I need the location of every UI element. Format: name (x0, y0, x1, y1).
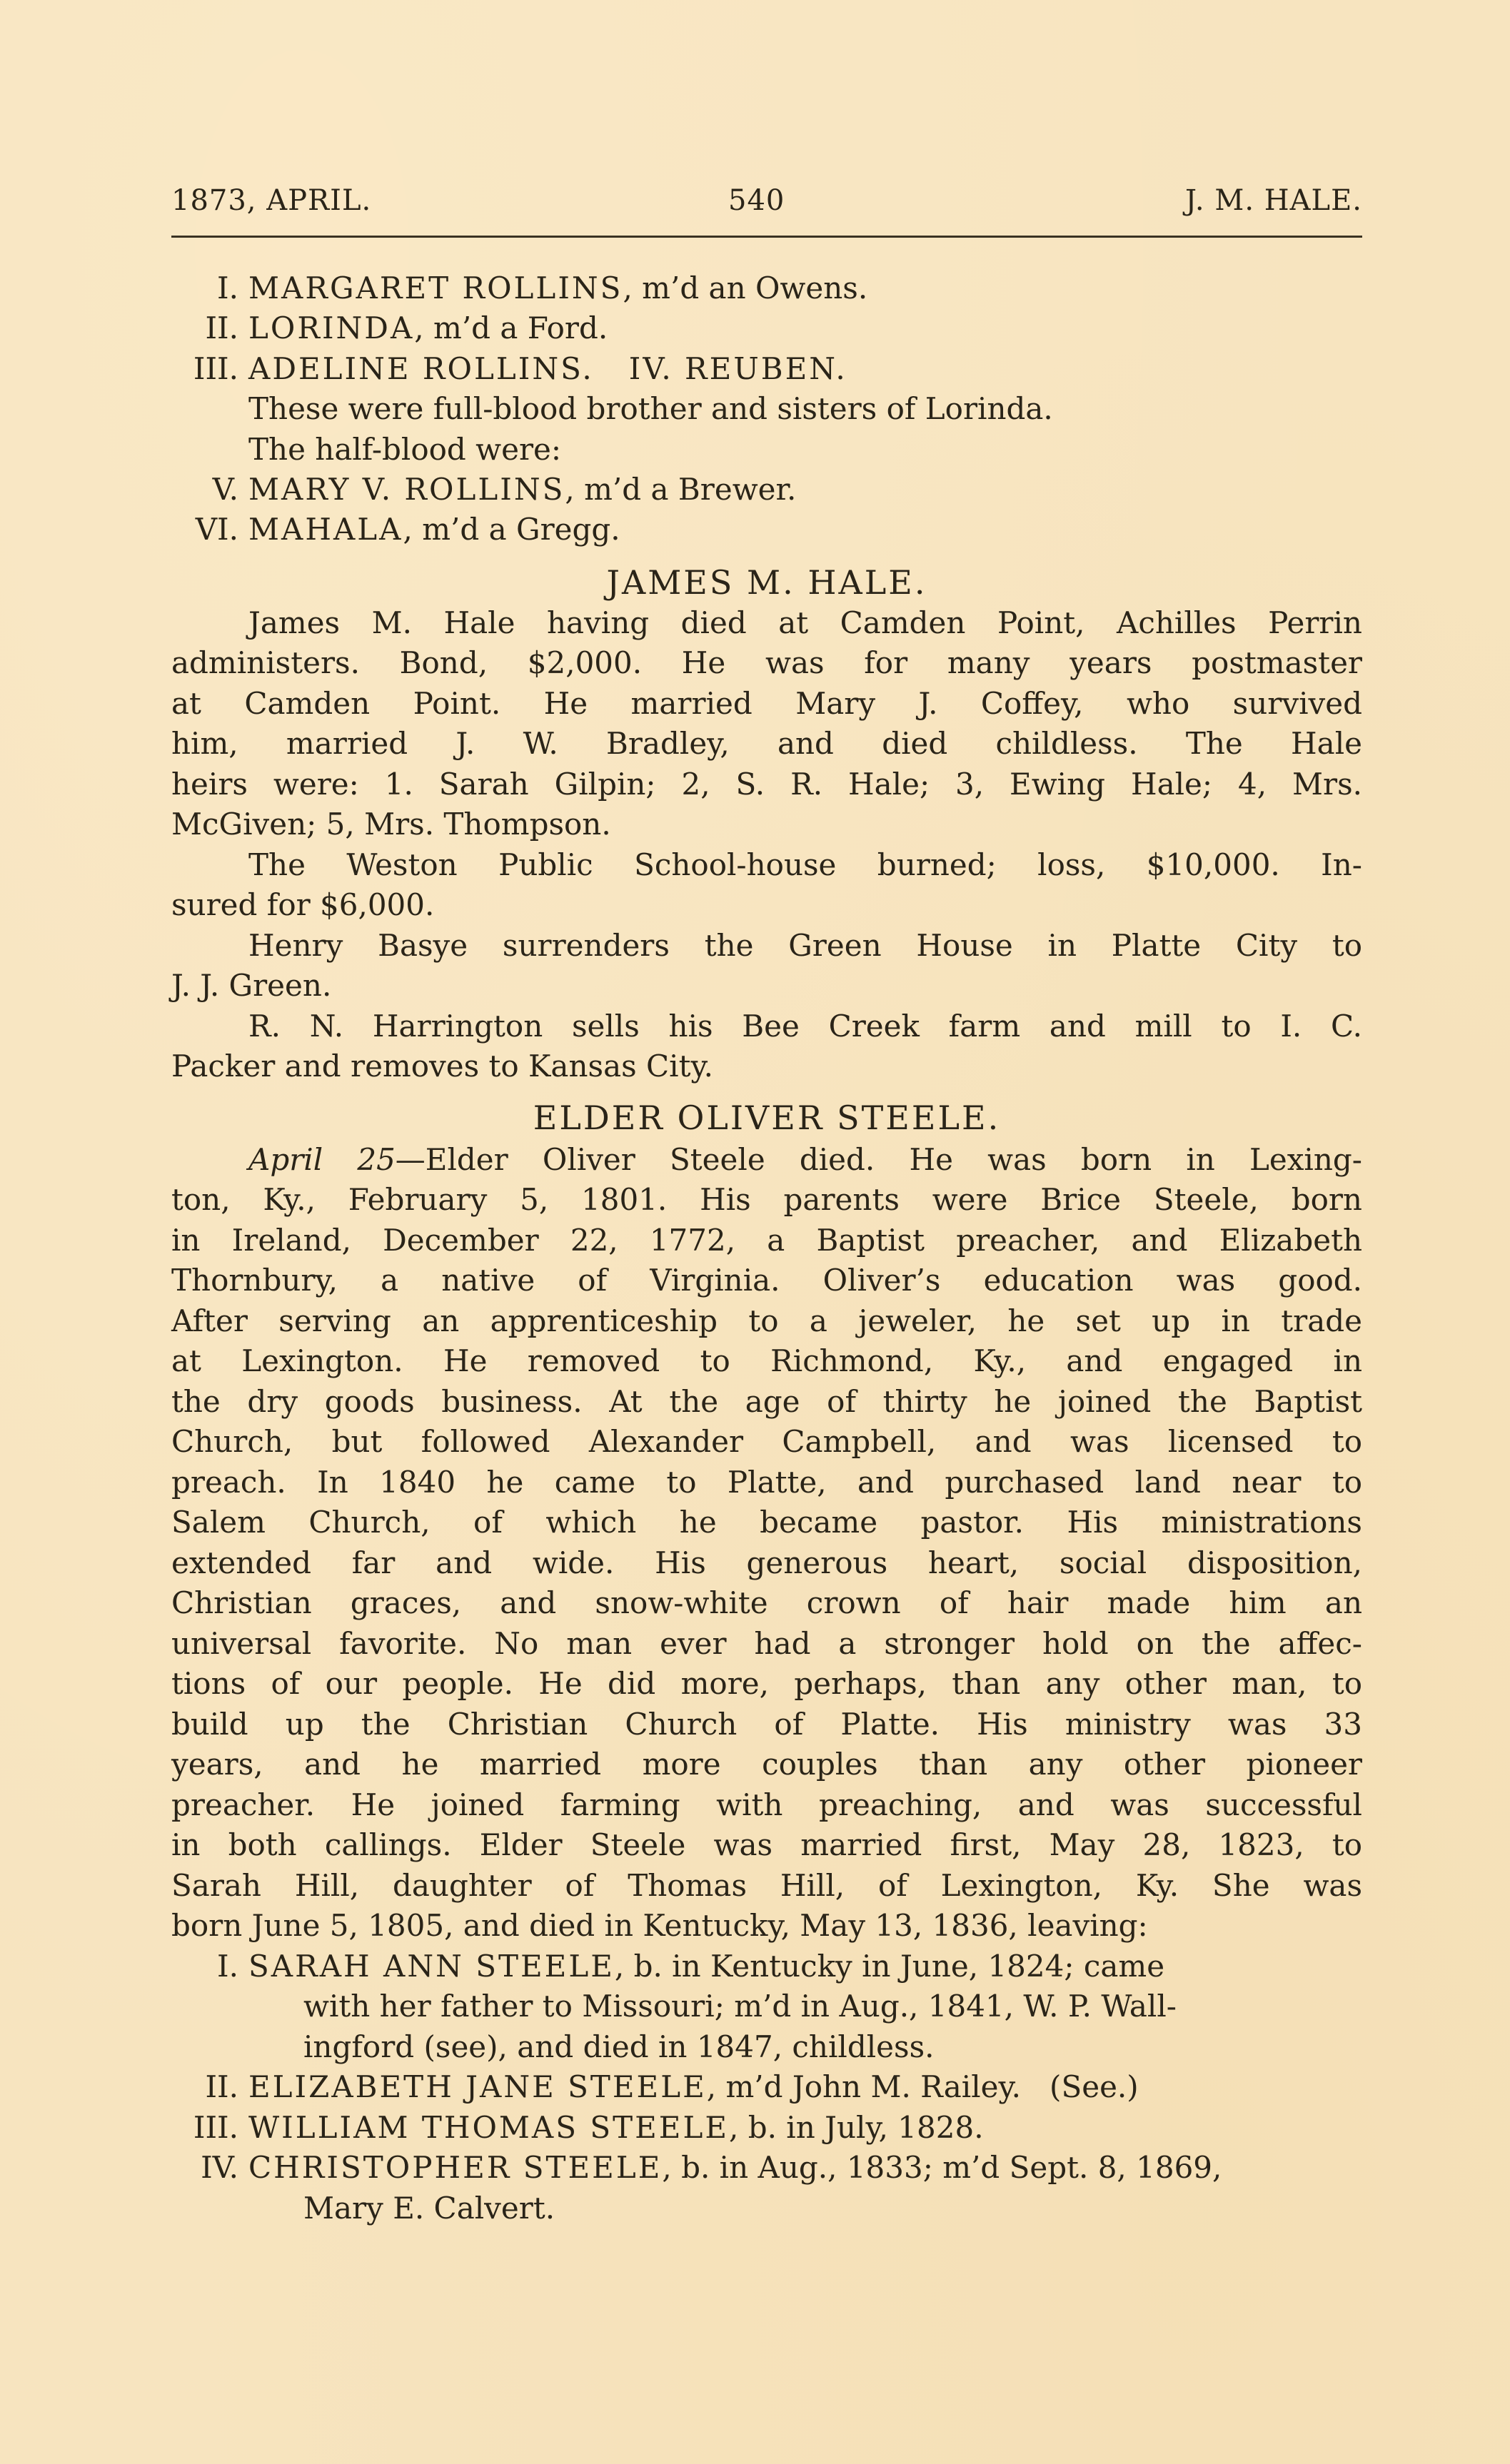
person-name: MAHALA (248, 512, 403, 547)
paragraph-line: The Weston Public School-house burned; l… (171, 845, 1362, 885)
paragraph-line: Christian graces, and snow-white crown o… (171, 1583, 1362, 1623)
paragraph-line: Church, but followed Alexander Campbell,… (171, 1422, 1362, 1462)
paragraph-line: Salem Church, of which he became pastor.… (171, 1503, 1362, 1542)
person-name: MARGARET ROLLINS (248, 271, 623, 306)
date-italic: April 25 (248, 1142, 396, 1177)
paragraph-line: preacher. He joined farming with preachi… (171, 1785, 1362, 1825)
paragraph-line: preach. In 1840 he came to Platte, and p… (171, 1463, 1362, 1503)
paragraph-line: After serving an apprenticeship to a jew… (171, 1301, 1362, 1341)
list-item: IV.CHRISTOPHER STEELE, b. in Aug., 1833;… (171, 2148, 1362, 2188)
paragraph-line: heirs were: 1. Sarah Gilpin; 2, S. R. Ha… (171, 764, 1362, 804)
paragraph-line: at Camden Point. He married Mary J. Coff… (171, 684, 1362, 724)
paragraph-line: at Lexington. He removed to Richmond, Ky… (171, 1341, 1362, 1381)
list-item: VI.MAHALA, m’d a Gregg. (171, 510, 1362, 550)
list-item: I.SARAH ANN STEELE, b. in Kentucky in Ju… (171, 1947, 1362, 1986)
paragraph-line: McGiven; 5, Mrs. Thompson. (171, 804, 1362, 844)
person-name: ADELINE ROLLINS. (248, 351, 594, 386)
paragraph-line: universal favorite. No man ever had a st… (171, 1624, 1362, 1664)
paragraph-line: tions of our people. He did more, perhap… (171, 1664, 1362, 1704)
paragraph-line: J. J. Green. (171, 966, 1362, 1006)
list-item: II.LORINDA, m’d a Ford. (171, 308, 1362, 348)
paragraph-line: administers. Bond, $2,000. He was for ma… (171, 643, 1362, 683)
list-item: I.MARGARET ROLLINS, m’d an Owens. (171, 268, 1362, 308)
list-item: III.WILLIAM THOMAS STEELE, b. in July, 1… (171, 2108, 1362, 2148)
person-name: ELIZABETH JANE STEELE (248, 2069, 707, 2104)
paragraph-line: build up the Christian Church of Platte.… (171, 1705, 1362, 1745)
list-item: II.ELIZABETH JANE STEELE, m’d John M. Ra… (171, 2067, 1362, 2107)
paragraph-line: him, married J. W. Bradley, and died chi… (171, 724, 1362, 764)
person-name: MARY V. ROLLINS (248, 472, 565, 507)
paragraph-line: sured for $6,000. (171, 885, 1362, 925)
paragraph-line: in both callings. Elder Steele was marri… (171, 1825, 1362, 1865)
person-name: SARAH ANN STEELE (248, 1949, 615, 1984)
running-head: 1873, APRIL. 540 J. M. HALE. (171, 184, 1362, 227)
paragraph-line: years, and he married more couples than … (171, 1745, 1362, 1784)
running-head-date: 1873, APRIL. (171, 184, 371, 217)
paragraph-line: ton, Ky., February 5, 1801. His parents … (171, 1180, 1362, 1220)
list-item: III.ADELINE ROLLINS. IV. REUBEN. (171, 349, 1362, 389)
paragraph-line: The half-blood were: (171, 430, 1362, 470)
paragraph-line: Thornbury, a native of Virginia. Oliver’… (171, 1261, 1362, 1301)
paragraph-line: These were full-blood brother and sister… (171, 389, 1362, 429)
paragraph-line: April 25—Elder Oliver Steele died. He wa… (171, 1140, 1362, 1180)
person-name: LORINDA (248, 310, 414, 345)
paragraph-line: in Ireland, December 22, 1772, a Baptist… (171, 1221, 1362, 1261)
list-item-continuation: with her father to Missouri; m’d in Aug.… (171, 1986, 1362, 2026)
list-item: V.MARY V. ROLLINS, m’d a Brewer. (171, 470, 1362, 510)
person-name: WILLIAM THOMAS STEELE (248, 2110, 729, 2145)
paragraph-line: Henry Basye surrenders the Green House i… (171, 926, 1362, 966)
page-number: 540 (728, 184, 785, 217)
header-rule (171, 236, 1362, 238)
paragraph-line: Packer and removes to Kansas City. (171, 1046, 1362, 1086)
person-name: CHRISTOPHER STEELE (248, 2150, 662, 2185)
running-head-title: J. M. HALE. (1185, 184, 1362, 217)
section-heading-hale: JAMES M. HALE. (171, 561, 1362, 604)
list-item-continuation: Mary E. Calvert. (171, 2188, 1362, 2228)
list-item-continuation: ingford (see), and died in 1847, childle… (171, 2027, 1362, 2067)
paragraph-line: James M. Hale having died at Camden Poin… (171, 603, 1362, 643)
paragraph-line: R. N. Harrington sells his Bee Creek far… (171, 1006, 1362, 1046)
section-heading-steele: ELDER OLIVER STEELE. (171, 1096, 1362, 1139)
paragraph-line: the dry goods business. At the age of th… (171, 1382, 1362, 1422)
paragraph-line: Sarah Hill, daughter of Thomas Hill, of … (171, 1866, 1362, 1906)
paragraph-line: born June 5, 1805, and died in Kentucky,… (171, 1906, 1362, 1946)
paragraph-line: extended far and wide. His generous hear… (171, 1543, 1362, 1583)
